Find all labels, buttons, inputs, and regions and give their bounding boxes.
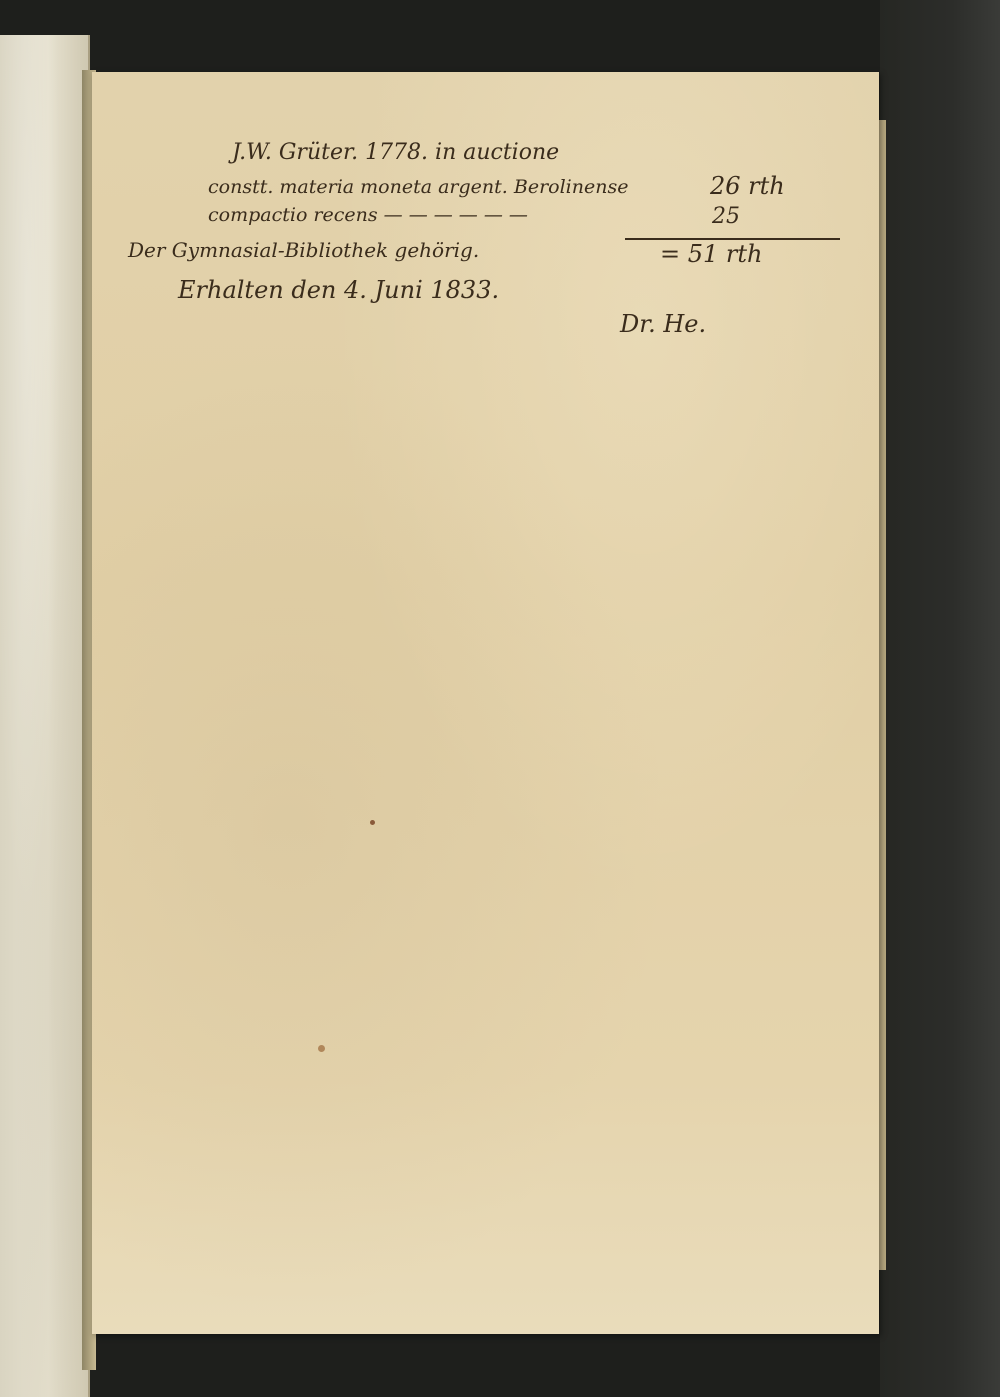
provenance-line-2: constt. materia moneta argent. Berolinen… — [208, 176, 628, 198]
ownership-line: Der Gymnasial-Bibliothek gehörig. — [128, 238, 479, 262]
paper-spot — [370, 820, 375, 825]
provenance-line-3: compactio recens — — — — — — — [208, 204, 528, 226]
amount-26: 26 rth — [710, 172, 785, 200]
page-edge — [878, 120, 886, 1270]
scan-background — [880, 0, 1000, 1397]
amount-total: = 51 rth — [660, 240, 762, 268]
amount-25: 25 — [712, 204, 740, 229]
provenance-line-1: J.W. Grüter. 1778. in auctione — [232, 140, 559, 165]
book-cover-left — [0, 35, 90, 1397]
received-date-line: Erhalten den 4. Juni 1833. — [178, 276, 499, 304]
paper-spot — [318, 1045, 325, 1052]
signature: Dr. He. — [620, 310, 706, 338]
